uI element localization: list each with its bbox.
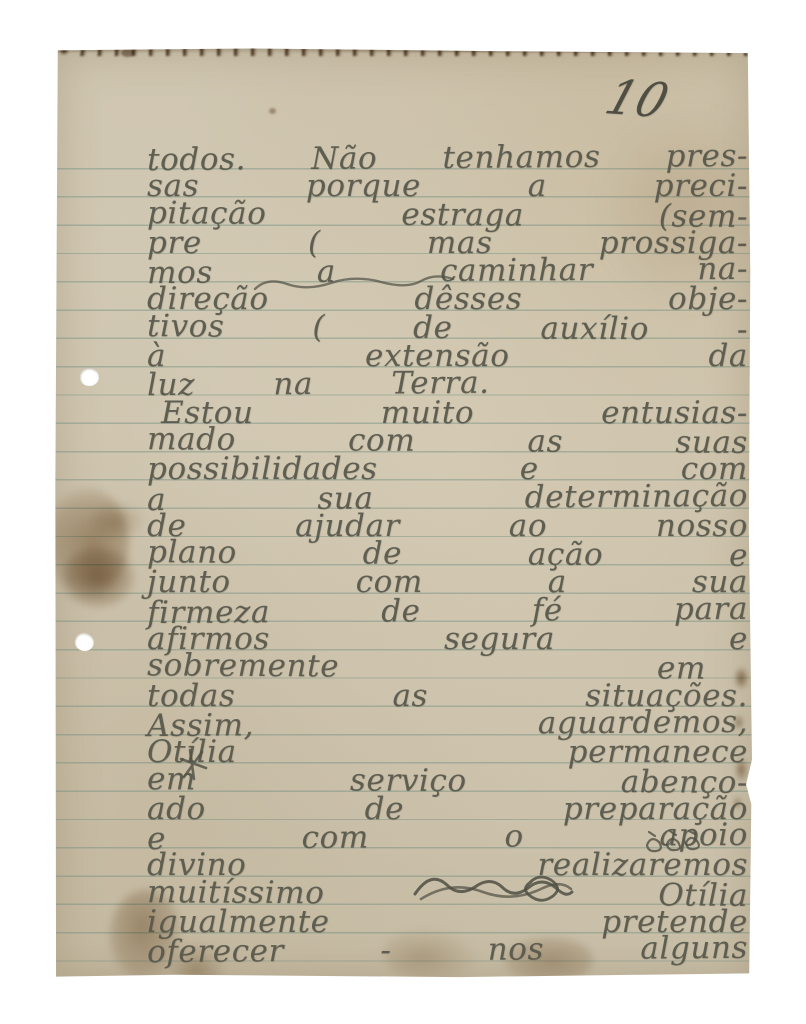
- handwritten-line: oferecer - nos alguns: [147, 934, 748, 966]
- stain-left-faint: [85, 500, 147, 542]
- handwritten-line: plano de ação e: [147, 538, 748, 570]
- burnt-top-edge: [55, 48, 752, 56]
- pencil-strike-scribble: [253, 274, 455, 300]
- handwritten-line: luz na Terra.: [147, 369, 490, 400]
- pencil-ooo-scribble: [641, 829, 705, 859]
- handwritten-line: em serviço abenço-: [147, 765, 748, 797]
- scanned-manuscript-view: 10 todos. Não tenhamos pres- sas porque …: [0, 0, 806, 1024]
- manuscript-page: 10 todos. Não tenhamos pres- sas porque …: [55, 48, 752, 978]
- handwritten-line: todos. Não tenhamos pres-: [147, 142, 748, 174]
- handwritten-line: a sua determinação: [147, 481, 748, 513]
- handwritten-line: firmeza de fé para: [147, 595, 748, 627]
- speck-top-left: [121, 49, 134, 57]
- handwritten-line: mado com as suas: [147, 425, 748, 457]
- stain-left-blob: [61, 546, 135, 608]
- speck-upper-left: [269, 108, 276, 114]
- punch-hole-top: [80, 368, 99, 386]
- handwritten-line: pitação estraga (sem-: [147, 199, 748, 231]
- handwritten-line: tivos ( de auxílio -: [147, 312, 748, 344]
- handwritten-line: Assim, aguardemos,: [147, 708, 748, 740]
- pencil-blot-scribble: [411, 866, 575, 916]
- pencil-correction-t-scribble: [175, 747, 211, 787]
- handwritten-line: sobremente em: [147, 652, 706, 684]
